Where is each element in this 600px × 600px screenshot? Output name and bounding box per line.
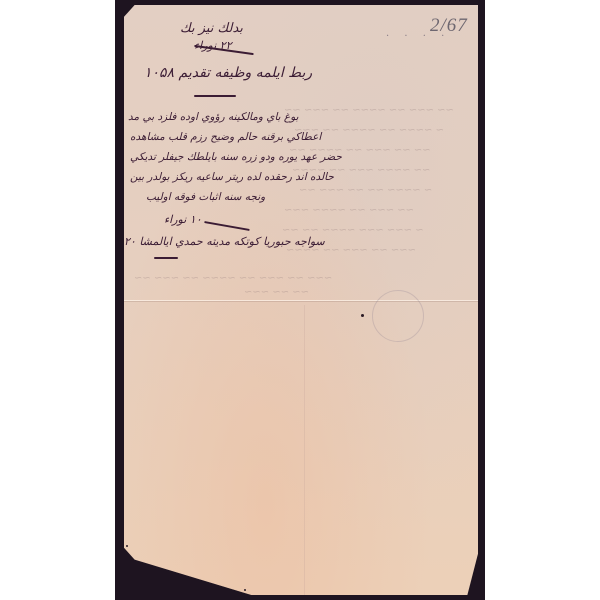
body-line-3: حضر عهد يوره ودو زره سنه بايلطك جيفلر تد… <box>130 151 342 163</box>
bleed-through-text: ~~ ~~~ ~~ ~~ ~~~~ ~ <box>299 185 432 196</box>
subject-underline <box>194 95 236 97</box>
ink-speck <box>361 314 364 317</box>
ink-speck <box>244 589 246 591</box>
archive-number: 2/67 <box>430 15 468 37</box>
body-line-4: حالده اند رحقده لده ريتر ساعيه ريكز بولد… <box>130 171 334 183</box>
body-line-2: اعطاكي برقنه حالم وضيح رزم قلب مشاهده <box>130 131 321 143</box>
subject-line: ربط ايلمه وظيفه تقديم ۱۰۵۸ <box>144 65 312 81</box>
faint-seal-impression <box>372 290 424 342</box>
bleed-through-text: ~~ ~~~ ~~ ~~~~ ~~ ~~~ ~~ <box>284 105 454 116</box>
body-line-1: بوغ باي ومالكينه رؤوي اوده فلزد بي مد <box>128 111 299 123</box>
signature-underline <box>154 257 178 259</box>
vertical-crease <box>304 305 305 595</box>
signature-line: سواجه حبوريا كوتكه مديته حمدي ايالمشا ۲۰ <box>124 235 325 248</box>
date-line: ۱۰ نوراء <box>164 213 202 226</box>
header-line-2: ۲۲ نوراء <box>194 39 232 52</box>
horizontal-fold-line <box>124 300 478 301</box>
bleed-through-text: ~~~ ~~ ~~ <box>244 287 309 298</box>
header-line-1: بدلك نيز بك <box>180 21 243 36</box>
ink-speck <box>126 545 128 547</box>
bleed-through-text: ~~~ ~~~~ ~~ ~~~ ~~ <box>284 205 414 216</box>
document-paper: ~~ ~~~ ~~ ~~~~ ~~ ~~~ ~~ ~~~ ~~ ~~~~ ~~ … <box>124 5 478 595</box>
date-flourish <box>204 221 250 230</box>
bleed-through-text: ~~ ~~~ ~~ ~~~~ ~~ ~~~ ~~ ~~~ <box>134 273 332 284</box>
body-line-5: ونجه سنه اثبات فوقه اوليب <box>146 191 265 203</box>
